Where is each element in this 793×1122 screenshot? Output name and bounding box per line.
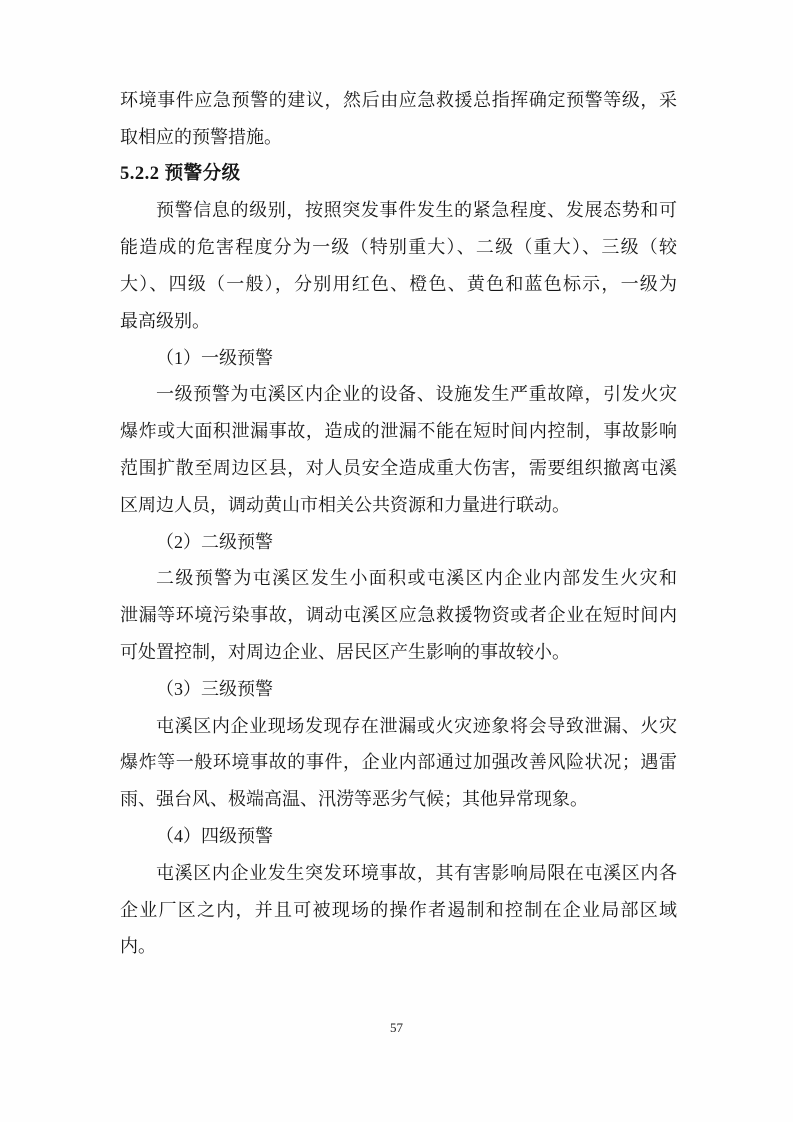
paragraph: 预警信息的级别，按照突发事件发生的紧急程度、发展态势和可能造成的危害程度分为一级… [120, 192, 677, 339]
list-item-heading: （2）二级预警 [120, 524, 677, 561]
text-line: 大）、四级（一般），分别用红色、橙色、黄色和蓝色标示，一级为 [120, 266, 677, 303]
text-line: 爆炸等一般环境事故的事件，企业内部通过加强改善风险状况；遇雷 [120, 744, 677, 781]
text-line: 屯溪区内企业现场发现存在泄漏或火灾迹象将会导致泄漏、火灾 [120, 708, 677, 745]
text-line: 范围扩散至周边区县，对人员安全造成重大伤害，需要组织撤离屯溪 [120, 450, 677, 487]
list-item-heading: （4）四级预警 [120, 818, 677, 855]
text-line: 环境事件应急预警的建议，然后由应急救援总指挥确定预警等级，采 [120, 82, 677, 119]
text-line: 取相应的预警措施。 [120, 119, 677, 156]
text-line: 企业厂区之内，并且可被现场的操作者遏制和控制在企业局部区域 [120, 892, 677, 929]
text-line: 能造成的危害程度分为一级（特别重大）、二级（重大）、三级（较 [120, 229, 677, 266]
document-page: 环境事件应急预警的建议，然后由应急救援总指挥确定预警等级，采取相应的预警措施。5… [0, 0, 793, 1122]
section-heading: 5.2.2 预警分级 [120, 156, 677, 193]
text-line: 雨、强台风、极端高温、汛涝等恶劣气候；其他异常现象。 [120, 781, 677, 818]
paragraph: 一级预警为屯溪区内企业的设备、设施发生严重故障，引发火灾爆炸或大面积泄漏事故，造… [120, 376, 677, 523]
text-line: 预警信息的级别，按照突发事件发生的紧急程度、发展态势和可 [120, 192, 677, 229]
text-line: 可处置控制，对周边企业、居民区产生影响的事故较小。 [120, 634, 677, 671]
page-number: 57 [0, 1020, 793, 1036]
list-item-heading: （3）三级预警 [120, 671, 677, 708]
list-item-heading: （1）一级预警 [120, 340, 677, 377]
text-line: 最高级别。 [120, 303, 677, 340]
text-line: 二级预警为屯溪区发生小面积或屯溪区内企业内部发生火灾和 [120, 560, 677, 597]
paragraph: 环境事件应急预警的建议，然后由应急救援总指挥确定预警等级，采取相应的预警措施。 [120, 82, 677, 156]
text-line: 内。 [120, 928, 677, 965]
text-line: 泄漏等环境污染事故，调动屯溪区应急救援物资或者企业在短时间内 [120, 597, 677, 634]
text-line: 屯溪区内企业发生突发环境事故，其有害影响局限在屯溪区内各 [120, 855, 677, 892]
paragraph: 屯溪区内企业发生突发环境事故，其有害影响局限在屯溪区内各企业厂区之内，并且可被现… [120, 855, 677, 965]
paragraph: 屯溪区内企业现场发现存在泄漏或火灾迹象将会导致泄漏、火灾爆炸等一般环境事故的事件… [120, 708, 677, 818]
text-line: 区周边人员，调动黄山市相关公共资源和力量进行联动。 [120, 487, 677, 524]
text-line: 一级预警为屯溪区内企业的设备、设施发生严重故障，引发火灾 [120, 376, 677, 413]
text-line: 爆炸或大面积泄漏事故，造成的泄漏不能在短时间内控制，事故影响 [120, 413, 677, 450]
document-body: 环境事件应急预警的建议，然后由应急救援总指挥确定预警等级，采取相应的预警措施。5… [120, 82, 677, 965]
paragraph: 二级预警为屯溪区发生小面积或屯溪区内企业内部发生火灾和泄漏等环境污染事故，调动屯… [120, 560, 677, 670]
